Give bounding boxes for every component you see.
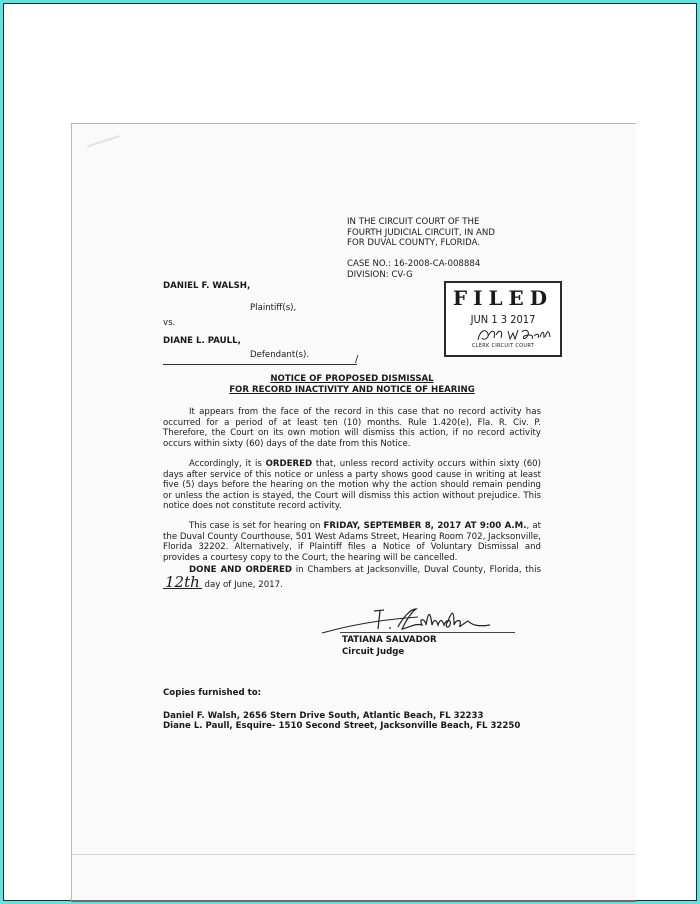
defendant-role: Defendant(s). [250, 350, 309, 361]
title-line-1: NOTICE OF PROPOSED DISMISSAL [163, 374, 541, 385]
stamp-date: JUN 1 3 2017 [446, 313, 560, 326]
copy-recipient: Diane L. Paull, Esquire- 1510 Second Str… [163, 721, 520, 732]
caption-divider [163, 364, 357, 365]
plaintiff-role: Plaintiff(s), [250, 303, 296, 314]
clerk-signature-icon [474, 326, 554, 344]
clerk-title: CLERK CIRCUIT COURT [446, 343, 560, 349]
caption-slash: / [355, 355, 358, 366]
done-ordered-keyword: DONE AND ORDERED [189, 565, 292, 575]
title-line-2: FOR RECORD INACTIVITY AND NOTICE OF HEAR… [163, 385, 541, 396]
court-header-line: IN THE CIRCUIT COURT OF THE [347, 217, 495, 228]
filed-stamp: FILED JUN 1 3 2017 CLERK CIRCUIT COURT [444, 281, 562, 357]
signature-line [340, 632, 515, 633]
copies-label: Copies furnished to: [163, 688, 261, 699]
case-info: CASE NO.: 16-2008-CA-008884 DIVISION: CV… [347, 259, 480, 280]
court-header: IN THE CIRCUIT COURT OF THE FOURTH JUDIC… [347, 217, 495, 249]
judge-title: Circuit Judge [342, 647, 404, 658]
versus: vs. [163, 318, 175, 329]
judge-signature-icon [318, 605, 508, 635]
defendant-name: DIANE L. PAULL, [163, 336, 241, 347]
ordered-keyword: ORDERED [266, 459, 313, 469]
paragraph-hearing-prefix: This case is set for hearing on [189, 521, 324, 531]
division: DIVISION: CV-G [347, 270, 480, 281]
copy-recipient: Daniel F. Walsh, 2656 Stern Drive South,… [163, 711, 484, 722]
page-fold-line [72, 854, 635, 855]
paragraph-inactivity: It appears from the face of the record i… [163, 407, 541, 449]
paragraph-done-ordered: DONE AND ORDERED in Chambers at Jacksonv… [163, 565, 541, 590]
paragraph-hearing: This case is set for hearing on FRIDAY, … [163, 521, 541, 563]
court-header-line: FOR DUVAL COUNTY, FLORIDA. [347, 238, 495, 249]
court-header-line: FOURTH JUDICIAL CIRCUIT, IN AND [347, 228, 495, 239]
paragraph-ordered-prefix: Accordingly, it is [189, 459, 266, 469]
done-ordered-suffix: day of June, 2017. [202, 580, 283, 590]
stamp-label: FILED [446, 286, 560, 310]
done-ordered-middle: in Chambers at Jacksonville, Duval Count… [292, 565, 541, 575]
case-number: CASE NO.: 16-2008-CA-008884 [347, 259, 480, 270]
hearing-date: FRIDAY, SEPTEMBER 8, 2017 AT 9:00 A.M. [324, 521, 527, 531]
paragraph-ordered: Accordingly, it is ORDERED that, unless … [163, 459, 541, 512]
judge-name: TATIANA SALVADOR [342, 635, 437, 646]
handwritten-day: 12th [163, 576, 202, 589]
document-title: NOTICE OF PROPOSED DISMISSAL FOR RECORD … [163, 374, 541, 395]
plaintiff-name: DANIEL F. WALSH, [163, 281, 250, 292]
